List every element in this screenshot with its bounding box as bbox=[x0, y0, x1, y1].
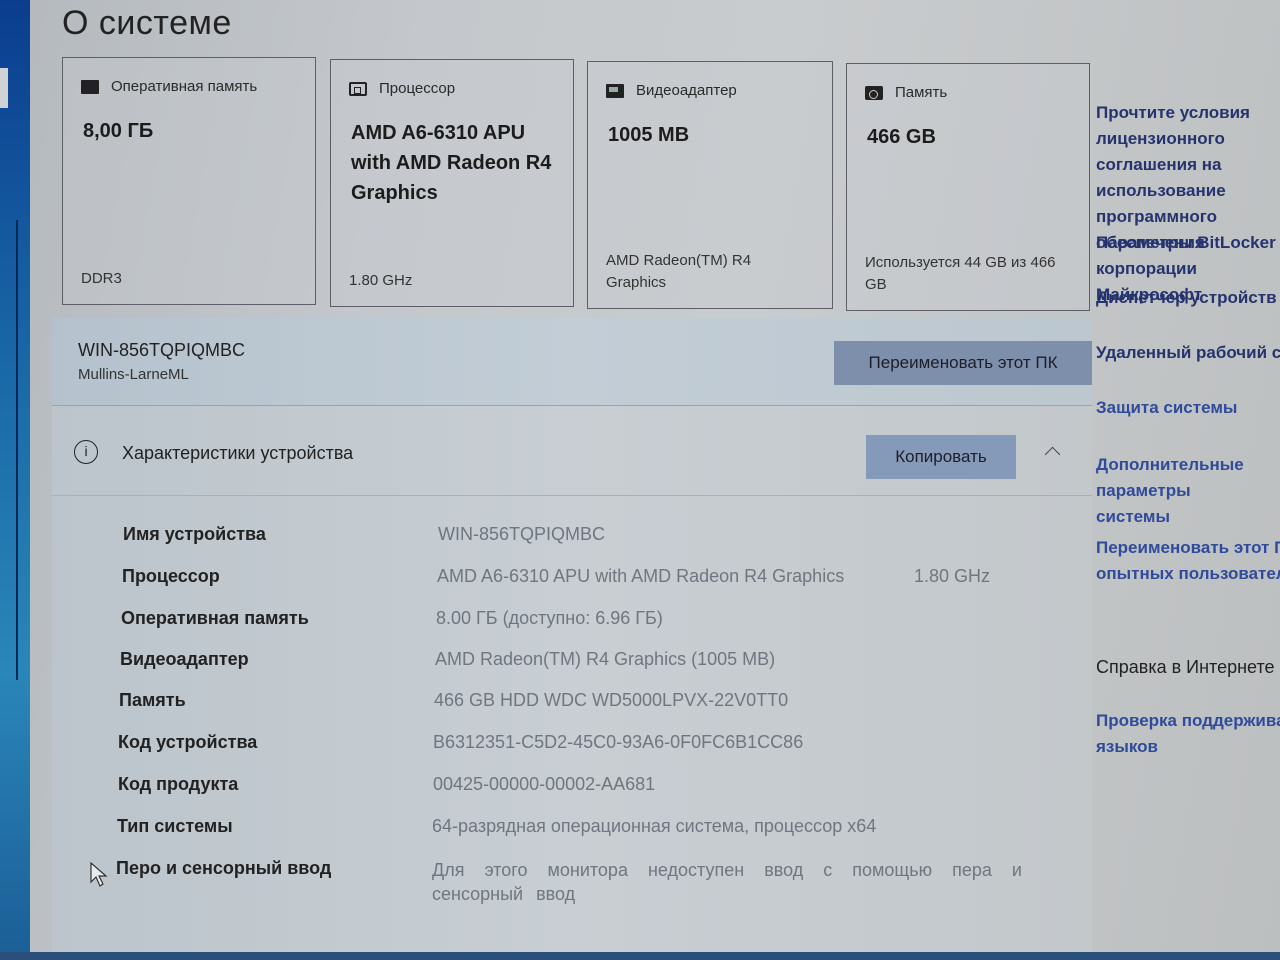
desktop-window-edge bbox=[0, 68, 8, 108]
taskbar-edge bbox=[0, 952, 1280, 960]
device-specifications-panel: i Характеристики устройства Копировать И… bbox=[52, 406, 1092, 960]
link-advanced-system-settings[interactable]: Дополнительные параметры системы bbox=[1096, 452, 1256, 530]
pc-model: Mullins-LarneML bbox=[78, 366, 189, 383]
link-text: Прочтите условия лицензионного соглашени… bbox=[1096, 103, 1250, 304]
card-label: Память bbox=[895, 84, 947, 101]
settings-window: О системе Оперативная память 8,00 ГБ DDR… bbox=[30, 0, 1280, 960]
spec-value: AMD Radeon(TM) R4 Graphics (1005 MB) bbox=[435, 649, 775, 670]
spec-label: Код устройства bbox=[118, 732, 257, 753]
gpu-icon bbox=[606, 84, 624, 98]
ram-icon bbox=[81, 80, 99, 94]
spec-value: 64-разрядная операционная система, проце… bbox=[432, 816, 876, 837]
spec-row-pen-touch: Перо и сенсорный ввод Для этого монитора… bbox=[52, 858, 1092, 918]
spec-row-device-id: Код устройства B6312351-C5D2-45C0-93A6-0… bbox=[52, 732, 1092, 772]
chevron-up-icon[interactable] bbox=[1042, 444, 1064, 460]
spec-value: 466 GB HDD WDC WD5000LPVX-22V0TT0 bbox=[434, 690, 788, 711]
spec-row-system-type: Тип системы 64-разрядная операционная си… bbox=[52, 816, 1092, 856]
help-heading: Справка в Интернете bbox=[1096, 657, 1280, 678]
card-processor: Процессор AMD A6-6310 APU with AMD Radeo… bbox=[330, 59, 574, 307]
link-supported-languages[interactable]: Проверка поддерживаемых языков bbox=[1096, 708, 1280, 760]
card-ram: Оперативная память 8,00 ГБ DDR3 bbox=[62, 57, 316, 305]
specs-header[interactable]: i Характеристики устройства Копировать bbox=[52, 406, 1092, 496]
link-bitlocker[interactable]: Параметры BitLocker bbox=[1096, 230, 1280, 256]
card-detail: 1.80 GHz bbox=[349, 270, 412, 292]
spec-value: WIN-856TQPIQMBC bbox=[438, 524, 605, 545]
spec-row-product-id: Код продукта 00425-00000-00002-AA681 bbox=[52, 774, 1092, 814]
spec-label: Процессор bbox=[122, 566, 220, 587]
spec-row-storage: Память 466 GB HDD WDC WD5000LPVX-22V0TT0 bbox=[52, 690, 1092, 730]
card-value: AMD A6-6310 APU with AMD Radeon R4 Graph… bbox=[351, 118, 561, 208]
pc-name: WIN-856TQPIQMBC bbox=[78, 340, 245, 361]
link-device-manager[interactable]: Диспетчер устройств bbox=[1096, 285, 1280, 311]
card-detail: DDR3 bbox=[81, 268, 122, 290]
card-storage: Память 466 GB Используется 44 GB из 466 … bbox=[846, 63, 1090, 311]
card-value: 466 GB bbox=[867, 122, 936, 152]
spec-label: Память bbox=[119, 690, 186, 711]
spec-label: Оперативная память bbox=[121, 608, 309, 629]
spec-row-device-name: Имя устройства WIN-856TQPIQMBC bbox=[52, 524, 1092, 564]
specs-title: Характеристики устройства bbox=[122, 443, 353, 464]
link-remote-desktop[interactable]: Удаленный рабочий стол bbox=[1096, 340, 1280, 366]
link-license-terms[interactable]: Прочтите условия лицензионного соглашени… bbox=[1096, 100, 1280, 308]
info-icon: i bbox=[74, 440, 98, 464]
spec-value: 00425-00000-00002-AA681 bbox=[433, 774, 655, 795]
disk-icon bbox=[865, 86, 883, 100]
card-detail: Используется 44 GB из 466 GB bbox=[865, 252, 1080, 296]
spec-label: Тип системы bbox=[117, 816, 233, 837]
spec-row-processor: Процессор AMD A6-6310 APU with AMD Radeo… bbox=[52, 566, 1092, 606]
card-label: Процессор bbox=[379, 80, 455, 97]
spec-label: Перо и сенсорный ввод bbox=[116, 858, 331, 879]
spec-value: AMD A6-6310 APU with AMD Radeon R4 Graph… bbox=[437, 566, 844, 587]
window-shadow bbox=[16, 220, 18, 680]
spec-extra: 1.80 GHz bbox=[914, 566, 990, 587]
card-label: Видеоадаптер bbox=[636, 82, 737, 99]
link-rename-pc-advanced[interactable]: Переименовать этот ПК (для опытных польз… bbox=[1096, 535, 1280, 587]
card-label: Оперативная память bbox=[111, 78, 257, 95]
spec-value: B6312351-C5D2-45C0-93A6-0F0FC6B1CC86 bbox=[433, 732, 803, 753]
card-value: 8,00 ГБ bbox=[83, 116, 153, 146]
spec-value: 8.00 ГБ (доступно: 6.96 ГБ) bbox=[436, 608, 663, 629]
pc-name-panel: WIN-856TQPIQMBC Mullins-LarneML Переимен… bbox=[52, 318, 1092, 406]
mouse-cursor-icon bbox=[90, 862, 108, 888]
spec-label: Имя устройства bbox=[123, 524, 266, 545]
card-value: 1005 MB bbox=[608, 120, 689, 150]
link-system-protection[interactable]: Защита системы bbox=[1096, 395, 1280, 421]
spec-label: Видеоадаптер bbox=[120, 649, 249, 670]
spec-value: Для этого монитора недоступен ввод с пом… bbox=[432, 858, 1022, 906]
spec-row-gpu: Видеоадаптер AMD Radeon(TM) R4 Graphics … bbox=[52, 649, 1092, 689]
spec-label: Код продукта bbox=[118, 774, 238, 795]
page-title: О системе bbox=[62, 4, 232, 43]
cpu-icon bbox=[349, 82, 367, 96]
card-detail: AMD Radeon(TM) R4 Graphics bbox=[606, 250, 786, 294]
card-gpu: Видеоадаптер 1005 MB AMD Radeon(TM) R4 G… bbox=[587, 61, 833, 309]
desktop-background bbox=[0, 0, 30, 960]
copy-button[interactable]: Копировать bbox=[866, 435, 1016, 479]
spec-row-ram: Оперативная память 8.00 ГБ (доступно: 6.… bbox=[52, 608, 1092, 648]
rename-pc-button[interactable]: Переименовать этот ПК bbox=[834, 341, 1092, 385]
